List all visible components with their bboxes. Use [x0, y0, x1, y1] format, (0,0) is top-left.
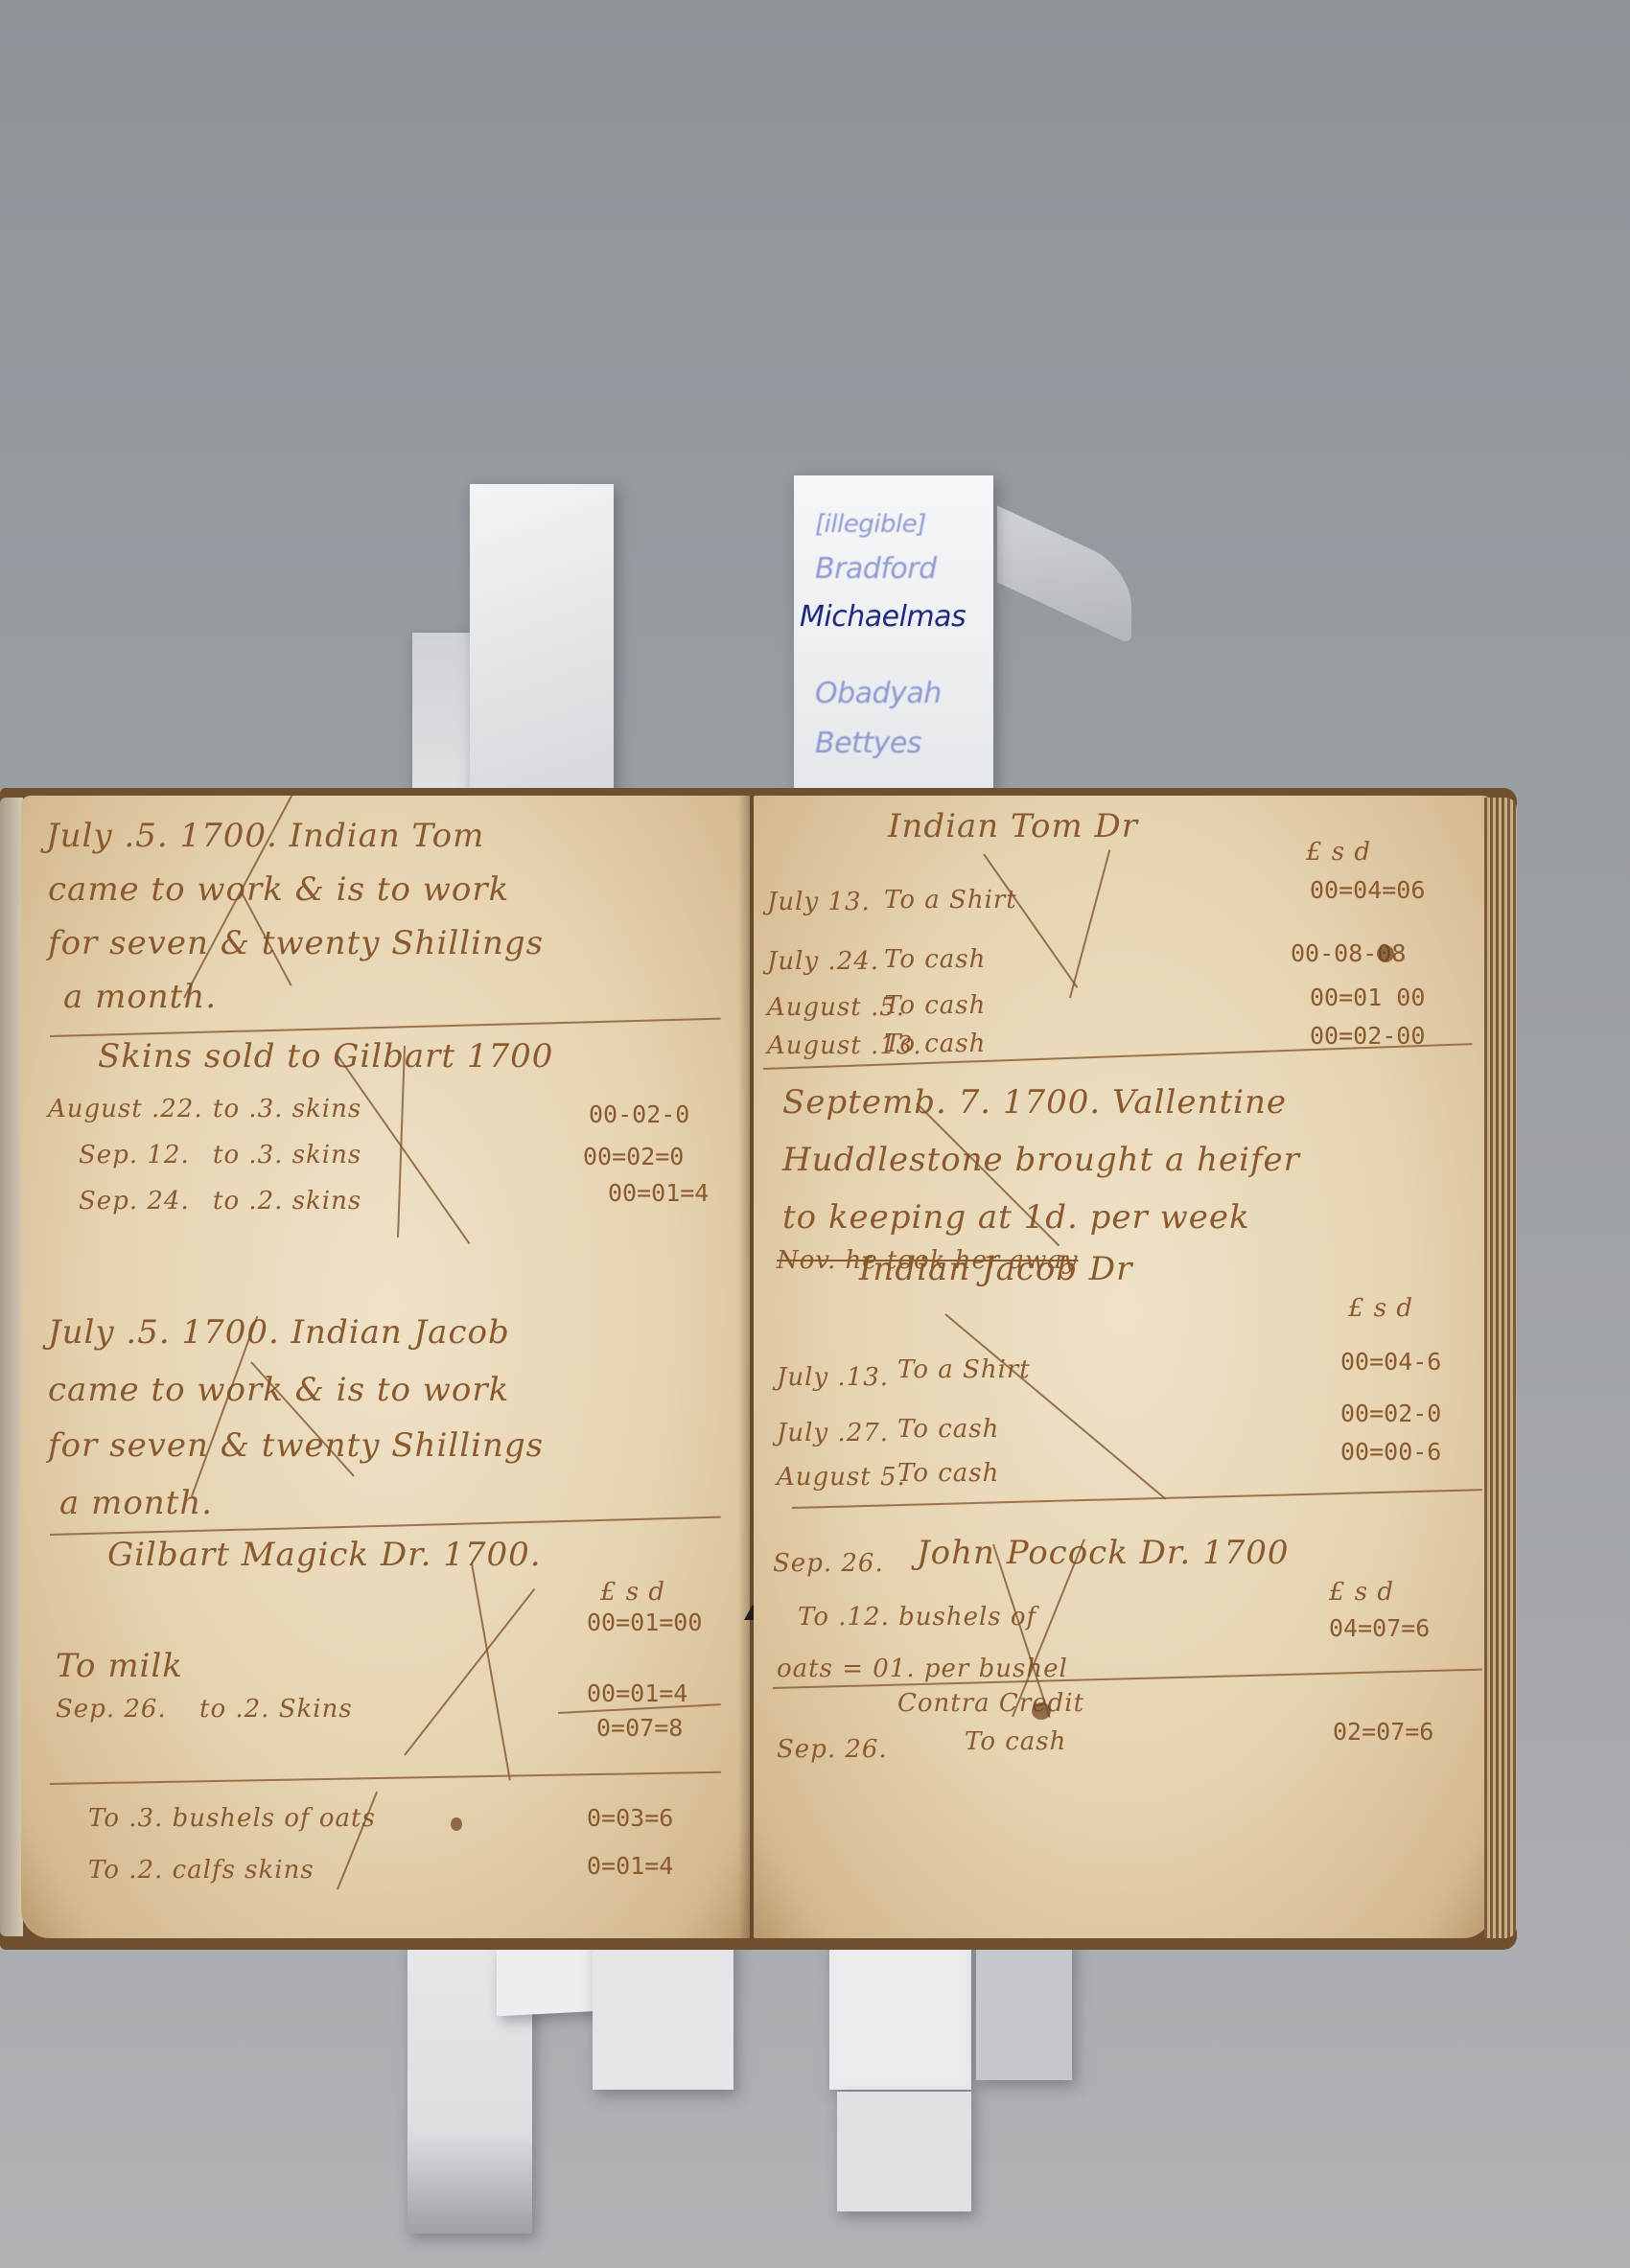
slip-name: Michaelmas [800, 600, 966, 634]
slip-name: Obadyah [815, 677, 942, 710]
row-item: To cash [884, 991, 986, 1020]
row-amount: 00=01=00 [587, 1608, 702, 1636]
row-item: To .12. bushels of [798, 1603, 1036, 1632]
row-item: To milk [56, 1647, 183, 1685]
row-item: To a Shirt [884, 886, 1017, 914]
row-amount: 0=03=6 [587, 1804, 673, 1832]
currency-header: £ s d [1348, 1294, 1413, 1323]
row-date: July 13. [767, 888, 871, 916]
currency-header: £ s d [1306, 838, 1371, 867]
row-amount: 00=04=06 [1310, 876, 1425, 904]
row-date: Sep. 26. [56, 1695, 167, 1724]
text-line: for seven & twenty Shillings [48, 924, 544, 962]
row-amount: 04=07=6 [1329, 1614, 1430, 1642]
page-edge-stack [1484, 798, 1517, 1938]
row-item: To cash [897, 1459, 999, 1488]
ledger-rule [50, 1771, 721, 1785]
text-line: a month. [63, 978, 217, 1016]
paper-slip [829, 1934, 971, 2090]
row-date: Sep. 12. [79, 1141, 190, 1169]
row-date: August 5. [777, 1463, 906, 1492]
text-line: came to work & is to work [48, 1371, 509, 1409]
cancel-stroke [1069, 849, 1110, 998]
left-page: July .5. 1700. Indian Tom came to work &… [21, 796, 750, 1938]
section-heading: Indian Tom Dr [888, 807, 1138, 845]
row-amount: 00=04-6 [1340, 1348, 1441, 1376]
row-item: To cash [965, 1727, 1066, 1756]
right-page: Indian Tom Dr £ s d July 13. To a Shirt … [754, 796, 1492, 1938]
row-amount: 00=01 00 [1310, 984, 1425, 1011]
row-item: To cash [884, 1030, 986, 1058]
row-amount: 0=01=4 [587, 1852, 673, 1880]
paper-slip [593, 1934, 733, 2090]
ink-blot [451, 1817, 462, 1831]
cancel-stroke [404, 1588, 535, 1756]
total-amount: 0=07=8 [596, 1714, 683, 1742]
row-date: July .13. [777, 1363, 889, 1392]
row-amount: 00=00-6 [1340, 1438, 1441, 1466]
row-item: to .3. skins [213, 1095, 361, 1123]
ink-blot [1032, 1702, 1051, 1720]
section-heading: Skins sold to Gilbart 1700 [98, 1037, 553, 1076]
row-amount: 00=01=4 [608, 1179, 709, 1207]
row-item: to .2. skins [213, 1187, 361, 1215]
row-amount: 00=01=4 [587, 1679, 687, 1707]
text-line: July .5. 1700. Indian Jacob [48, 1313, 510, 1352]
row-item: oats = 01. per bushel [777, 1655, 1068, 1683]
ledger-rule [792, 1489, 1482, 1509]
text-line: Septemb. 7. 1700. Vallentine [782, 1083, 1287, 1122]
name-slip: [illegible] Bradford Michaelmas Obadyah … [794, 475, 993, 811]
paper-slip-curled [997, 537, 1170, 652]
ledger-rule [50, 1018, 721, 1037]
slip-name: Bettyes [815, 727, 921, 760]
section-heading: Indian Jacob Dr [859, 1250, 1132, 1288]
paper-slip [837, 2092, 971, 2211]
row-item: To cash [897, 1415, 999, 1444]
paper-slip [470, 484, 614, 810]
row-amount: 00=02-0 [1340, 1400, 1441, 1427]
text-line: Huddlestone brought a heifer [782, 1141, 1300, 1179]
text-line: July .5. 1700. Indian Tom [46, 817, 484, 855]
row-item: to .2. Skins [199, 1695, 353, 1724]
currency-header: £ s d [1329, 1578, 1394, 1607]
slip-name: Bradford [815, 552, 937, 586]
ledger-book: July .5. 1700. Indian Tom came to work &… [0, 788, 1517, 1950]
row-date: July .24. [767, 947, 879, 976]
row-date: Sep. 24. [79, 1187, 190, 1215]
currency-header: £ s d [600, 1578, 665, 1607]
row-amount: 02=07=6 [1333, 1718, 1433, 1746]
row-amount: 00-02-0 [589, 1100, 689, 1128]
row-amount: 00=02=0 [583, 1143, 684, 1170]
paper-slip [976, 1936, 1072, 2080]
section-heading: John Pocock Dr. 1700 [917, 1534, 1290, 1572]
row-item: To .3. bushels of oats [88, 1804, 376, 1833]
row-date: Sep. 26. [773, 1549, 884, 1578]
cancel-stroke [471, 1563, 511, 1781]
row-item: to .3. skins [213, 1141, 361, 1169]
row-date: Sep. 26. [777, 1735, 888, 1764]
row-item: To .2. calfs skins [88, 1856, 314, 1885]
cancel-stroke [983, 853, 1078, 987]
page-edge [0, 798, 23, 1936]
ink-blot [1377, 945, 1394, 962]
section-heading: Gilbart Magick Dr. 1700. [107, 1536, 542, 1574]
slip-name: [illegible] [815, 510, 926, 539]
row-item: To cash [884, 945, 986, 974]
text-line: a month. [59, 1484, 213, 1522]
row-date: August .22. [48, 1095, 203, 1123]
section-heading: Contra Credit [897, 1689, 1084, 1718]
row-date: July .27. [777, 1419, 889, 1447]
text-line: came to work & is to work [48, 870, 509, 909]
text-line: for seven & twenty Shillings [48, 1426, 544, 1465]
